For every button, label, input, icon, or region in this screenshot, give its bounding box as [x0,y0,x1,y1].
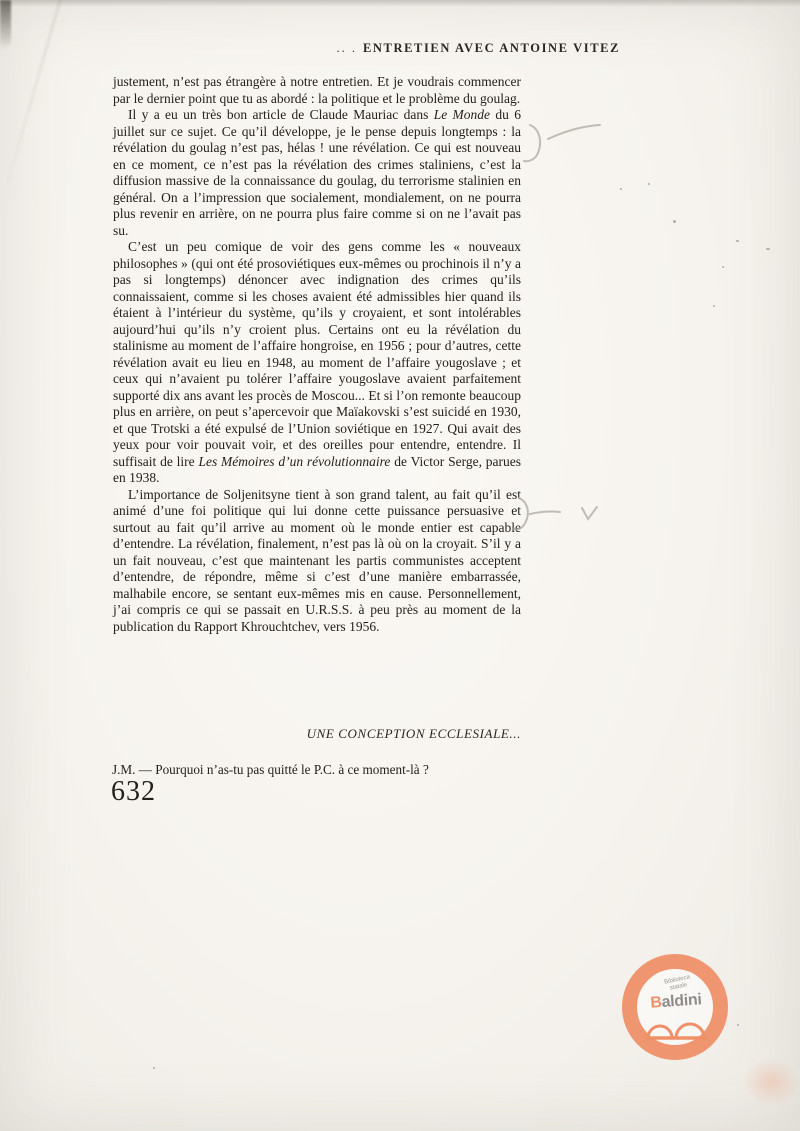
running-header-title: ENTRETIEN AVEC ANTOINE VITEZ [363,41,620,55]
stamp-ink-smudge [742,1058,800,1106]
paragraph: L’importance de Soljenitsyne tient à son… [113,487,521,636]
library-stamp: Biblioteca statale Baldini [612,950,742,1068]
section-heading: UNE CONCEPTION ECCLESIALE... [113,726,521,742]
scan-speck [713,305,715,307]
text-segment: justement, n’est pas étrangère à notre e… [113,74,521,106]
pencil-mark-paren-dash-check [508,488,618,538]
scan-speck [722,266,724,268]
scan-edge-shadow [0,0,800,7]
page-number: 632 [111,776,156,808]
open-book-icon [643,1011,709,1043]
scan-corner-shadow [0,0,11,50]
text-segment: Il y a eu un très bon article de Claude … [128,107,434,122]
scan-speck [736,240,739,242]
scan-speck [620,188,622,190]
scan-speck [766,248,770,250]
scan-speck [153,1067,155,1069]
running-header-marks: .. . [336,41,357,55]
page-fold-shadow [7,0,64,183]
running-header: .. .ENTRETIEN AVEC ANTOINE VITEZ [336,41,620,56]
scan-speck [648,183,650,185]
paragraph: C’est un peu comique de voir des gens co… [113,239,521,487]
italic-title-segment: Le Monde [434,107,490,122]
stamp-name-rest: aldini [661,991,702,1011]
text-segment: C’est un peu comique de voir des gens co… [113,239,521,469]
body-text: justement, n’est pas étrangère à notre e… [113,74,521,635]
paragraph: Il y a eu un très bon article de Claude … [113,107,521,239]
text-segment: L’importance de Soljenitsyne tient à son… [113,487,521,634]
pencil-mark-paren-dash-top [515,115,615,175]
scan-speck [673,220,676,223]
text-segment: du 6 juillet sur ce sujet. Ce qu’il déve… [113,107,521,238]
interviewer-question: J.M. — Pourquoi n’as-tu pas quitté le P.… [112,762,612,778]
italic-title-segment: Les Mémoires d’un révolutionnaire [198,454,390,469]
paragraph: justement, n’est pas étrangère à notre e… [113,74,521,107]
scanned-page: .. .ENTRETIEN AVEC ANTOINE VITEZ justeme… [0,0,800,1131]
